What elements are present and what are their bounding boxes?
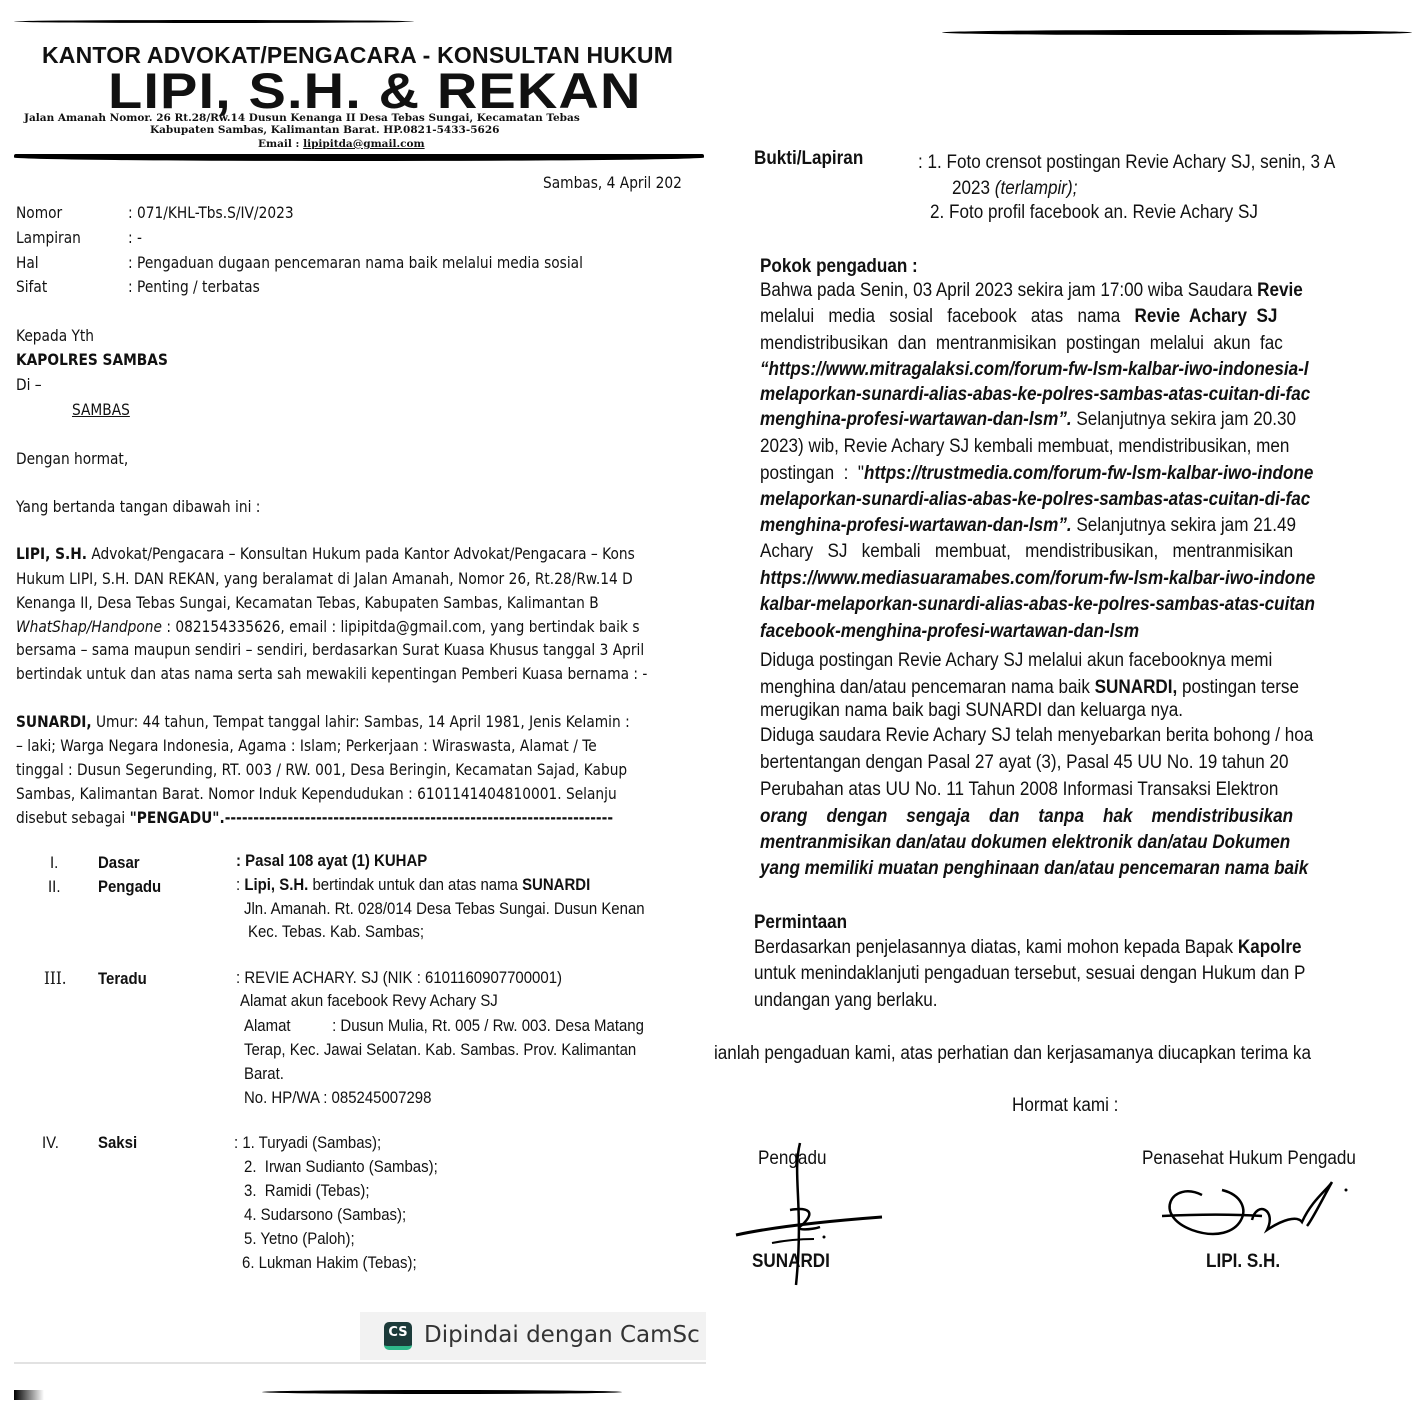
url-text: melaporkan-sunardi-alias-abas-ke-polres-… bbox=[760, 384, 1310, 405]
complaint-line: yang memiliki muatan penghinaan dan/atau… bbox=[760, 858, 1308, 880]
witness-item: 5. Yetno (Paloh); bbox=[244, 1229, 355, 1249]
request-line-1: Berdasarkan penjelasannya diatas, kami m… bbox=[754, 937, 1302, 959]
complaint-line: Diduga saudara Revie Achary SJ telah men… bbox=[760, 725, 1313, 747]
para2-text: Umur: 44 tahun, Tempat tanggal lahir: Sa… bbox=[92, 712, 630, 731]
evidence-item-1: : 1. Foto crensot postingan Revie Achary… bbox=[918, 152, 1335, 174]
section-line: : Lipi, S.H. bertindak untuk dan atas na… bbox=[236, 875, 590, 895]
section-title: Teradu bbox=[98, 969, 147, 989]
para2-text: disebut sebagai bbox=[16, 808, 130, 827]
camscanner-watermark: CS Dipindai dengan CamSc bbox=[360, 1312, 706, 1360]
section-title: Dasar bbox=[98, 853, 140, 873]
url-text: menghina-profesi-wartawan-dan-lsm”. bbox=[760, 409, 1072, 430]
signature-sunardi bbox=[732, 1135, 912, 1295]
para1-line-4: WhatShap/Handpone : 082154335626, email … bbox=[16, 617, 640, 636]
complaint-text: postingan terse bbox=[1177, 677, 1299, 698]
evidence-item-2: 2. Foto profil facebook an. Revie Achary… bbox=[930, 202, 1258, 224]
greeting: Dengan hormat, bbox=[16, 449, 128, 468]
complaint-text: merugikan nama baik bagi SUNARDI dan kel… bbox=[760, 700, 1183, 721]
section-line: : Pasal 108 ayat (1) KUHAP bbox=[236, 851, 427, 871]
section-line: Barat. bbox=[244, 1064, 284, 1084]
para2-line-3: tinggal : Dusun Segerunding, RT. 003 / R… bbox=[16, 760, 627, 779]
complaint-text: Perubahan atas UU No. 11 Tahun 2008 Info… bbox=[760, 779, 1278, 800]
url-text: mentranmisikan dan/atau dokumen elektron… bbox=[760, 832, 1290, 853]
section-line: Alamat akun facebook Revy Achary SJ bbox=[240, 991, 498, 1011]
complaint-line: kalbar-melaporkan-sunardi-alias-abas-ke-… bbox=[760, 594, 1315, 616]
para2-line-5: disebut sebagai "PENGADU".--------------… bbox=[16, 808, 613, 827]
section-number: II. bbox=[48, 877, 60, 897]
complaint-line: melalui media sosial facebook atas nama … bbox=[760, 306, 1277, 328]
complaint-text: bertentangan dengan Pasal 27 ayat (3), P… bbox=[760, 752, 1289, 773]
complaint-heading: Pokok pengaduan : bbox=[760, 256, 918, 278]
complaint-line: menghina-profesi-wartawan-dan-lsm”. Sela… bbox=[760, 409, 1296, 431]
request-heading: Permintaan bbox=[754, 912, 847, 934]
complaint-line: mentranmisikan dan/atau dokumen elektron… bbox=[760, 832, 1290, 854]
complaint-line: facebook-menghina-profesi-wartawan-dan-l… bbox=[760, 621, 1139, 643]
complaint-line: melaporkan-sunardi-alias-abas-ke-polres-… bbox=[760, 489, 1310, 511]
section-line: : REVIE ACHARY. SJ (NIK : 61011609077000… bbox=[236, 968, 562, 988]
complaint-text: Achary SJ kembali membuat, mendistribusi… bbox=[760, 541, 1293, 562]
request-addressee: Kapolre bbox=[1238, 937, 1302, 958]
meta-label: Sifat bbox=[16, 277, 47, 296]
para2-bold: SUNARDI, bbox=[16, 712, 92, 731]
letterhead-rule bbox=[14, 154, 704, 161]
section-number: III. bbox=[44, 969, 66, 989]
meta-value: : Pengaduan dugaan pencemaran nama baik … bbox=[128, 253, 583, 272]
intro: Yang bertanda tangan dibawah ini : bbox=[16, 497, 260, 516]
complaint-line: 2023) wib, Revie Achary SJ kembali membu… bbox=[760, 436, 1289, 458]
request-line-2: untuk menindaklanjuti pengaduan tersebut… bbox=[754, 963, 1305, 985]
closing-statement: ianlah pengaduan kami, atas perhatian da… bbox=[714, 1043, 1311, 1065]
complaint-text: Diduga saudara Revie Achary SJ telah men… bbox=[760, 725, 1313, 746]
section-number: IV. bbox=[42, 1133, 59, 1153]
para1-text: : 082154335626, email : lipipitda@gmail.… bbox=[162, 617, 640, 636]
complaint-line: merugikan nama baik bagi SUNARDI dan kel… bbox=[760, 700, 1183, 722]
scan-edge-line bbox=[14, 1362, 706, 1364]
recipient-name: KAPOLRES SAMBAS bbox=[16, 350, 168, 369]
client-name: SUNARDI bbox=[522, 875, 590, 894]
meta-label: Hal bbox=[16, 253, 39, 272]
complaint-line: menghina-profesi-wartawan-dan-lsm”. Sela… bbox=[760, 515, 1296, 537]
complaint-text: postingan : " bbox=[760, 463, 864, 484]
meta-label: Nomor bbox=[16, 203, 62, 222]
complaint-line: menghina dan/atau pencemaran nama baik S… bbox=[760, 677, 1299, 699]
signature-lipi bbox=[1162, 1160, 1362, 1270]
complaint-text: Selanjutnya sekira jam 20.30 bbox=[1072, 409, 1296, 430]
request-line-3: undangan yang berlaku. bbox=[754, 990, 938, 1012]
complaint-line: melaporkan-sunardi-alias-abas-ke-polres-… bbox=[760, 384, 1310, 406]
witness-item: 4. Sudarsono (Sambas); bbox=[244, 1205, 406, 1225]
counsel-name: Lipi, S.H. bbox=[244, 875, 308, 894]
letterhead-address-2: Kabupaten Sambas, Kalimantan Barat. HP.0… bbox=[150, 124, 499, 136]
para1-italic: WhatShap/Handpone bbox=[16, 617, 162, 636]
witness-item: 2. Irwan Sudianto (Sambas); bbox=[244, 1157, 438, 1177]
complaint-text: Bahwa pada Senin, 03 April 2023 sekira j… bbox=[760, 280, 1257, 301]
evidence-attached: (terlampir); bbox=[995, 178, 1078, 199]
url-text: facebook-menghina-profesi-wartawan-dan-l… bbox=[760, 621, 1139, 642]
section-line: Alamat : Dusun Mulia, Rt. 005 / Rw. 003.… bbox=[244, 1016, 644, 1036]
complaint-text: SUNARDI, bbox=[1095, 677, 1178, 698]
dash-filler: ----------------------------------------… bbox=[225, 808, 613, 827]
meta-value: : 071/KHL-Tbs.S/IV/2023 bbox=[128, 203, 294, 222]
evidence-year: 2023 bbox=[952, 178, 995, 199]
para1-line-1: LIPI, S.H. Advokat/Pengacara – Konsultan… bbox=[16, 544, 635, 563]
complaint-line: Perubahan atas UU No. 11 Tahun 2008 Info… bbox=[760, 779, 1278, 801]
complaint-text: Revie bbox=[1257, 280, 1303, 301]
para2-line-4: Sambas, Kalimantan Barat. Nomor Induk Ke… bbox=[16, 784, 617, 803]
complaint-text: Diduga postingan Revie Achary SJ melalui… bbox=[760, 650, 1272, 671]
letterhead-address-1: Jalan Amanah Nomor. 26 Rt.28/Rw.14 Dusun… bbox=[24, 112, 580, 124]
complaint-line: orang dengan sengaja dan tanpa hak mendi… bbox=[760, 806, 1293, 828]
complaint-text: Selanjutnya sekira jam 21.49 bbox=[1072, 515, 1296, 536]
para2-line-1: SUNARDI, Umur: 44 tahun, Tempat tanggal … bbox=[16, 712, 630, 731]
email-link[interactable]: lipipitda@gmail.com bbox=[303, 138, 425, 150]
pengadu-term: "PENGADU". bbox=[130, 808, 225, 827]
witness-item: : 1. Turyadi (Sambas); bbox=[234, 1133, 381, 1153]
email-label: Email : bbox=[258, 138, 303, 150]
section-title: Pengadu bbox=[98, 877, 161, 897]
para1-line-5: bersama – sama maupun sendiri – sendiri,… bbox=[16, 640, 644, 659]
section-line: Jln. Amanah. Rt. 028/014 Desa Tebas Sung… bbox=[244, 899, 645, 919]
evidence-label: Bukti/Lapiran bbox=[754, 148, 863, 170]
letter-page-2: Bukti/Lapiran : 1. Foto crensot postinga… bbox=[712, 0, 1414, 1414]
url-text: orang dengan sengaja dan tanpa hak mendi… bbox=[760, 806, 1293, 827]
evidence-item-1-cont: 2023 (terlampir); bbox=[952, 178, 1077, 200]
section-number: I. bbox=[50, 853, 58, 873]
url-text: https://trustmedia.com/forum-fw-lsm-kalb… bbox=[864, 463, 1313, 484]
recipient-city: SAMBAS bbox=[72, 400, 130, 419]
letterhead-email: Email : lipipitda@gmail.com bbox=[258, 138, 425, 150]
regards: Hormat kami : bbox=[1012, 1095, 1118, 1117]
camscanner-text: Dipindai dengan CamSc bbox=[424, 1322, 700, 1348]
witness-item: 6. Lukman Hakim (Tebas); bbox=[242, 1253, 417, 1273]
complaint-line: https://www.mediasuaramabes.com/forum-fw… bbox=[760, 568, 1315, 590]
url-text: yang memiliki muatan penghinaan dan/atau… bbox=[760, 858, 1308, 879]
meta-label: Lampiran bbox=[16, 228, 81, 247]
para2-line-2: – laki; Warga Negara Indonesia, Agama : … bbox=[16, 736, 597, 755]
witness-item: 3. Ramidi (Tebas); bbox=[244, 1181, 370, 1201]
url-text: menghina-profesi-wartawan-dan-lsm”. bbox=[760, 515, 1072, 536]
section-line: No. HP/WA : 085245007298 bbox=[244, 1088, 431, 1108]
para1-text: Advokat/Pengacara – Konsultan Hukum pada… bbox=[87, 544, 635, 563]
letter-page-1: KANTOR ADVOKAT/PENGACARA - KONSULTAN HUK… bbox=[0, 0, 706, 1414]
url-text: https://www.mediasuaramabes.com/forum-fw… bbox=[760, 568, 1315, 589]
place-date: Sambas, 4 April 202 bbox=[543, 173, 682, 192]
complaint-line: mendistribusikan dan mentranmisikan post… bbox=[760, 333, 1283, 355]
section-line: Kec. Tebas. Kab. Sambas; bbox=[248, 922, 424, 942]
complaint-line: “https://www.mitragalaksi.com/forum-fw-l… bbox=[760, 359, 1309, 381]
url-text: kalbar-melaporkan-sunardi-alias-abas-ke-… bbox=[760, 594, 1315, 615]
complaint-line: bertentangan dengan Pasal 27 ayat (3), P… bbox=[760, 752, 1289, 774]
complaint-text: mendistribusikan dan mentranmisikan post… bbox=[760, 333, 1283, 354]
recipient-line-1: Kepada Yth bbox=[16, 326, 94, 345]
request-text: Berdasarkan penjelasannya diatas, kami m… bbox=[754, 937, 1238, 958]
complaint-text: Revie Achary SJ bbox=[1134, 306, 1277, 327]
scan-edge-line bbox=[262, 1390, 622, 1394]
scan-edge-line bbox=[14, 20, 414, 23]
complaint-line: Achary SJ kembali membuat, mendistribusi… bbox=[760, 541, 1293, 563]
meta-value: : Penting / terbatas bbox=[128, 277, 260, 296]
complaint-line: Bahwa pada Senin, 03 April 2023 sekira j… bbox=[760, 280, 1303, 302]
complaint-text: 2023) wib, Revie Achary SJ kembali membu… bbox=[760, 436, 1289, 457]
section-text: bertindak untuk dan atas nama bbox=[308, 875, 522, 894]
section-line: Terap, Kec. Jawai Selatan. Kab. Sambas. … bbox=[244, 1040, 636, 1060]
url-text: melaporkan-sunardi-alias-abas-ke-polres-… bbox=[760, 489, 1310, 510]
complaint-text: menghina dan/atau pencemaran nama baik bbox=[760, 677, 1095, 698]
para1-line-6: bertindak untuk dan atas nama serta sah … bbox=[16, 664, 647, 683]
complaint-text: melalui media sosial facebook atas nama bbox=[760, 306, 1134, 327]
para1-bold: LIPI, S.H. bbox=[16, 544, 87, 563]
para1-line-3: Kenanga II, Desa Tebas Sungai, Kecamatan… bbox=[16, 593, 599, 612]
meta-value: : - bbox=[128, 228, 142, 247]
scan-edge-line bbox=[942, 30, 1412, 35]
recipient-line-3: Di – bbox=[16, 375, 42, 394]
scan-corner bbox=[14, 1390, 44, 1400]
complaint-line: Diduga postingan Revie Achary SJ melalui… bbox=[760, 650, 1272, 672]
url-text: “https://www.mitragalaksi.com/forum-fw-l… bbox=[760, 359, 1309, 380]
section-title: Saksi bbox=[98, 1133, 137, 1153]
complaint-line: postingan : "https://trustmedia.com/foru… bbox=[760, 463, 1313, 485]
para1-line-2: Hukum LIPI, S.H. DAN REKAN, yang beralam… bbox=[16, 569, 633, 588]
camscanner-icon: CS bbox=[384, 1322, 412, 1350]
